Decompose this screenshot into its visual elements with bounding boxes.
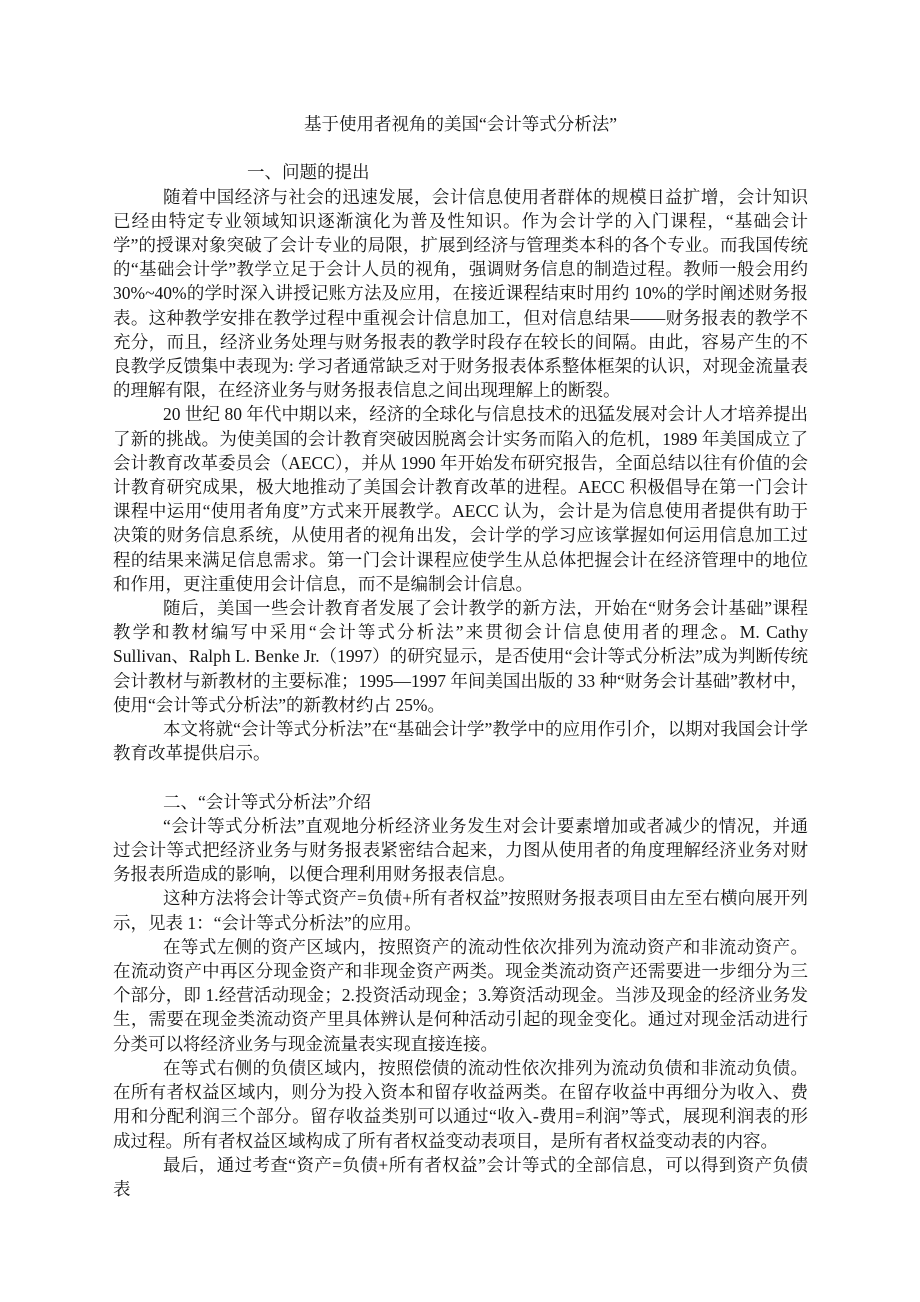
section-1-paragraph-2: 20 世纪 80 年代中期以来，经济的全球化与信息技术的迅猛发展对会计人才培养提… [113, 402, 808, 596]
section-2-paragraph-2: 这种方法将会计等式资产=负债+所有者权益”按照财务报表项目由左至右横向展开列示，… [113, 886, 808, 934]
document-page: 基于使用者视角的美国“会计等式分析法” 一、问题的提出 随着中国经济与社会的迅速… [0, 0, 920, 1302]
document-body: 基于使用者视角的美国“会计等式分析法” 一、问题的提出 随着中国经济与社会的迅速… [113, 112, 808, 1201]
section-1-paragraph-3: 随后，美国一些会计教育者发展了会计教学的新方法，开始在“财务会计基础”课程教学和… [113, 596, 808, 717]
section-2-paragraph-4: 在等式右侧的负债区域内，按照偿债的流动性依次排列为流动负债和非流动负债。在所有者… [113, 1056, 808, 1153]
section-2-paragraph-5: 最后，通过考查“资产=负债+所有者权益”会计等式的全部信息，可以得到资产负债表 [113, 1153, 808, 1201]
document-title-text: 基于使用者视角的美国“会计等式分析法” [304, 114, 617, 134]
section-1-paragraph-4: 本文将就“会计等式分析法”在“基础会计学”教学中的应用作引介，以期对我国会计学教… [113, 717, 808, 765]
section-1-heading: 一、问题的提出 [113, 160, 808, 184]
section-2-heading: 二、“会计等式分析法”介绍 [113, 790, 808, 814]
section-1-paragraph-1: 随着中国经济与社会的迅速发展，会计信息使用者群体的规模日益扩增，会计知识已经由特… [113, 185, 808, 403]
section-2-paragraph-1: “会计等式分析法”直观地分析经济业务发生对会计要素增加或者减少的情况，并通过会计… [113, 814, 808, 887]
section-2-paragraph-3: 在等式左侧的资产区域内，按照资产的流动性依次排列为流动资产和非流动资产。在流动资… [113, 935, 808, 1056]
document-title: 基于使用者视角的美国“会计等式分析法” [113, 112, 808, 136]
